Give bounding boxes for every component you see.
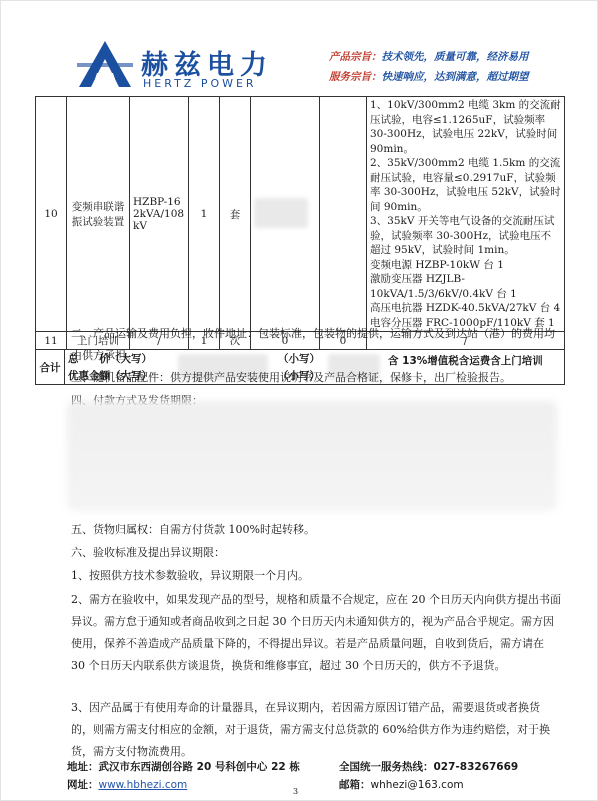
row-number: 10 <box>36 97 67 332</box>
total-price-redacted <box>320 97 367 332</box>
clause-5: 五、货物归属权：自需方付货款 100%时起转移。 <box>71 519 561 541</box>
hotline: 027-83267669 <box>434 761 519 773</box>
address-label: 地址： <box>67 761 99 773</box>
product-model: HZBP-162kVA/108kV <box>130 97 189 332</box>
row-number: 11 <box>36 332 67 350</box>
clause-6-2: 2、需方在验收中，如果发现产品的型号，规格和质量不合规定，应在 20 个日历天内… <box>71 589 561 677</box>
letterhead: 赫兹电力 HERTZ POWER 产品宗旨：技术领先，质量可靠，经济易用 服务宗… <box>61 39 561 97</box>
hotline-label: 全国统一服务热线： <box>339 761 434 773</box>
clause-6: 六、验收标准及提出异议期限： <box>71 542 561 564</box>
unit: 套 <box>220 97 251 332</box>
product-name: 变频串联谐振试验装置 <box>67 97 130 332</box>
web-label: 网址： <box>67 779 99 791</box>
redacted-payment-terms <box>67 401 557 511</box>
service-slogan-label: 服务宗旨： <box>329 71 382 83</box>
document-page: 赫兹电力 HERTZ POWER 产品宗旨：技术领先，质量可靠，经济易用 服务宗… <box>0 0 598 801</box>
brand-name-en: HERTZ POWER <box>143 77 257 90</box>
desc-line: 激励变压器 HZJLB-10kVA/1.5/3/6kV/0.4kV 台 1 <box>370 272 561 301</box>
unit-price-redacted <box>251 97 320 332</box>
desc-line: 高压电抗器 HZDK-40.5kVA/27kV 台 4 <box>370 301 561 316</box>
desc-line: 变频电源 HZBP-10kW 台 1 <box>370 258 561 273</box>
product-description: 1、10kV/300mm2 电缆 3km 的交流耐压试验，电容≤1.1265uF… <box>367 97 565 332</box>
footer-row-1: 地址：武汉市东西湖创谷路 20 号科创中心 22 栋 全国统一服务热线：027-… <box>67 759 547 774</box>
clause-6-1: 1、按照供方技术参数验收，异议期限一个月内。 <box>71 565 561 587</box>
service-slogan: 服务宗旨：快速响应，达到满意，超过期望 <box>329 69 529 84</box>
desc-line: 2、35kV/300mm2 电缆 1.5km 的交流耐压试验，电容量≤0.291… <box>370 156 561 214</box>
desc-line: 1、10kV/300mm2 电缆 3km 的交流耐压试验，电容≤1.1265uF… <box>370 98 561 156</box>
email: whhezi@163.com <box>371 779 464 791</box>
product-slogan-text: 技术领先，质量可靠，经济易用 <box>382 51 529 63</box>
footer-row-2: 网址：www.hbhezi.com 邮箱：whhezi@163.com <box>67 777 547 792</box>
website-link[interactable]: www.hbhezi.com <box>99 779 188 791</box>
clause-6-3: 3、因产品属于有使用寿命的计量器具，在异议期内，若因需方原因订错产品，需要退货或… <box>71 697 561 763</box>
clause-3: 三、随机备品配件：供方提供产品安装使用说明书及产品合格证，保修卡，出厂检验报告。 <box>71 367 561 389</box>
quantity: 1 <box>189 97 220 332</box>
clause-2: 二、产品运输及费用负担，收件地址：包装标准，包装物的提供，运输方式及到达站（港）… <box>71 323 561 367</box>
product-slogan-label: 产品宗旨： <box>329 51 382 63</box>
address: 武汉市东西湖创谷路 20 号科创中心 22 栋 <box>99 761 300 773</box>
service-slogan-text: 快速响应，达到满意，超过期望 <box>382 71 529 83</box>
email-label: 邮箱： <box>339 779 371 791</box>
product-slogan: 产品宗旨：技术领先，质量可靠，经济易用 <box>329 49 529 64</box>
page-number: 3 <box>293 787 298 796</box>
summary-label: 合计 <box>36 350 65 384</box>
hertz-logo-icon <box>75 39 135 89</box>
table-row-10: 10 变频串联谐振试验装置 HZBP-162kVA/108kV 1 套 1、10… <box>36 97 565 332</box>
desc-line: 3、35kV 开关等电气设备的交流耐压试验，试验频率 30-300Hz，试验电压… <box>370 214 561 258</box>
